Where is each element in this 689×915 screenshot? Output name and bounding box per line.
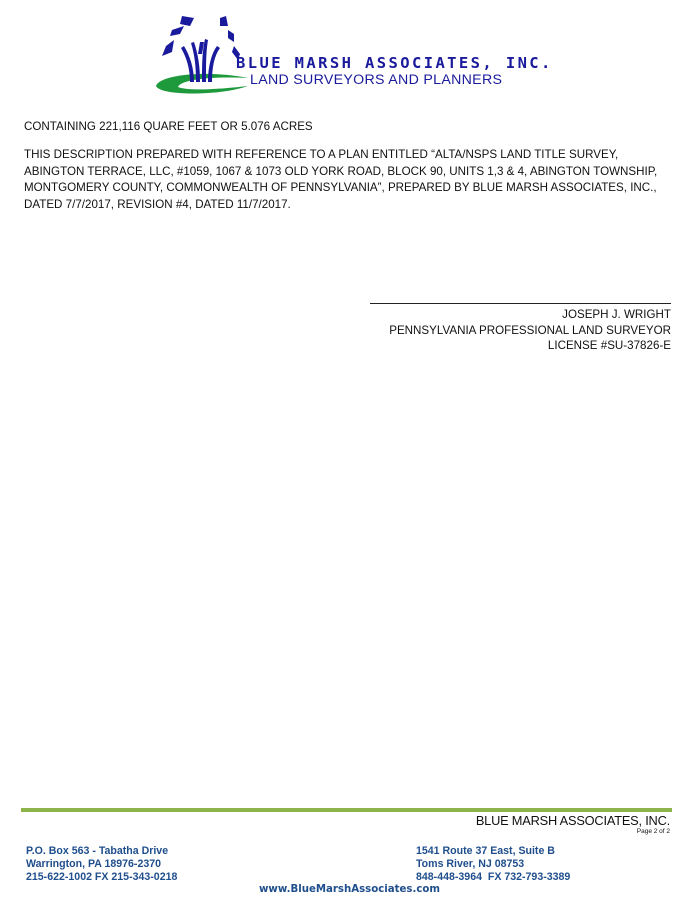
website-link[interactable]: www.BlueMarshAssociates.com: [259, 884, 440, 895]
footer-company-name: BLUE MARSH ASSOCIATES, INC.: [476, 813, 670, 828]
signature-block: JOSEPH J. WRIGHT PENNSYLVANIA PROFESSION…: [389, 307, 671, 354]
palm-tree-marsh-icon: [150, 8, 250, 96]
address-line: Warrington, PA 18976-2370: [26, 858, 177, 871]
office-address-warrington: P.O. Box 563 - Tabatha Drive Warrington,…: [26, 845, 177, 884]
area-statement: CONTAINING 221,116 QUARE FEET OR 5.076 A…: [24, 119, 313, 136]
reference-paragraph: THIS DESCRIPTION PREPARED WITH REFERENCE…: [24, 147, 674, 213]
logo-tagline: LAND SURVEYORS AND PLANNERS: [250, 72, 502, 88]
surveyor-license: LICENSE #SU-37826-E: [389, 338, 671, 354]
company-logo: BLUE MARSH ASSOCIATES, INC. LAND SURVEYO…: [150, 8, 540, 96]
address-line: Toms River, NJ 08753: [416, 858, 570, 871]
surveyor-name: JOSEPH J. WRIGHT: [389, 307, 671, 323]
address-phone: 848-448-3964 FX 732-793-3389: [416, 871, 570, 884]
surveyor-title: PENNSYLVANIA PROFESSIONAL LAND SURVEYOR: [389, 323, 671, 339]
office-address-toms-river: 1541 Route 37 East, Suite B Toms River, …: [416, 845, 570, 884]
address-line: P.O. Box 563 - Tabatha Drive: [26, 845, 177, 858]
address-line: 1541 Route 37 East, Suite B: [416, 845, 570, 858]
logo-company-name: BLUE MARSH ASSOCIATES, INC.: [236, 54, 553, 72]
footer-divider: [21, 808, 672, 812]
address-phone: 215-622-1002 FX 215-343-0218: [26, 871, 177, 884]
page-number: Page 2 of 2: [637, 828, 670, 835]
signature-line: [370, 303, 671, 304]
